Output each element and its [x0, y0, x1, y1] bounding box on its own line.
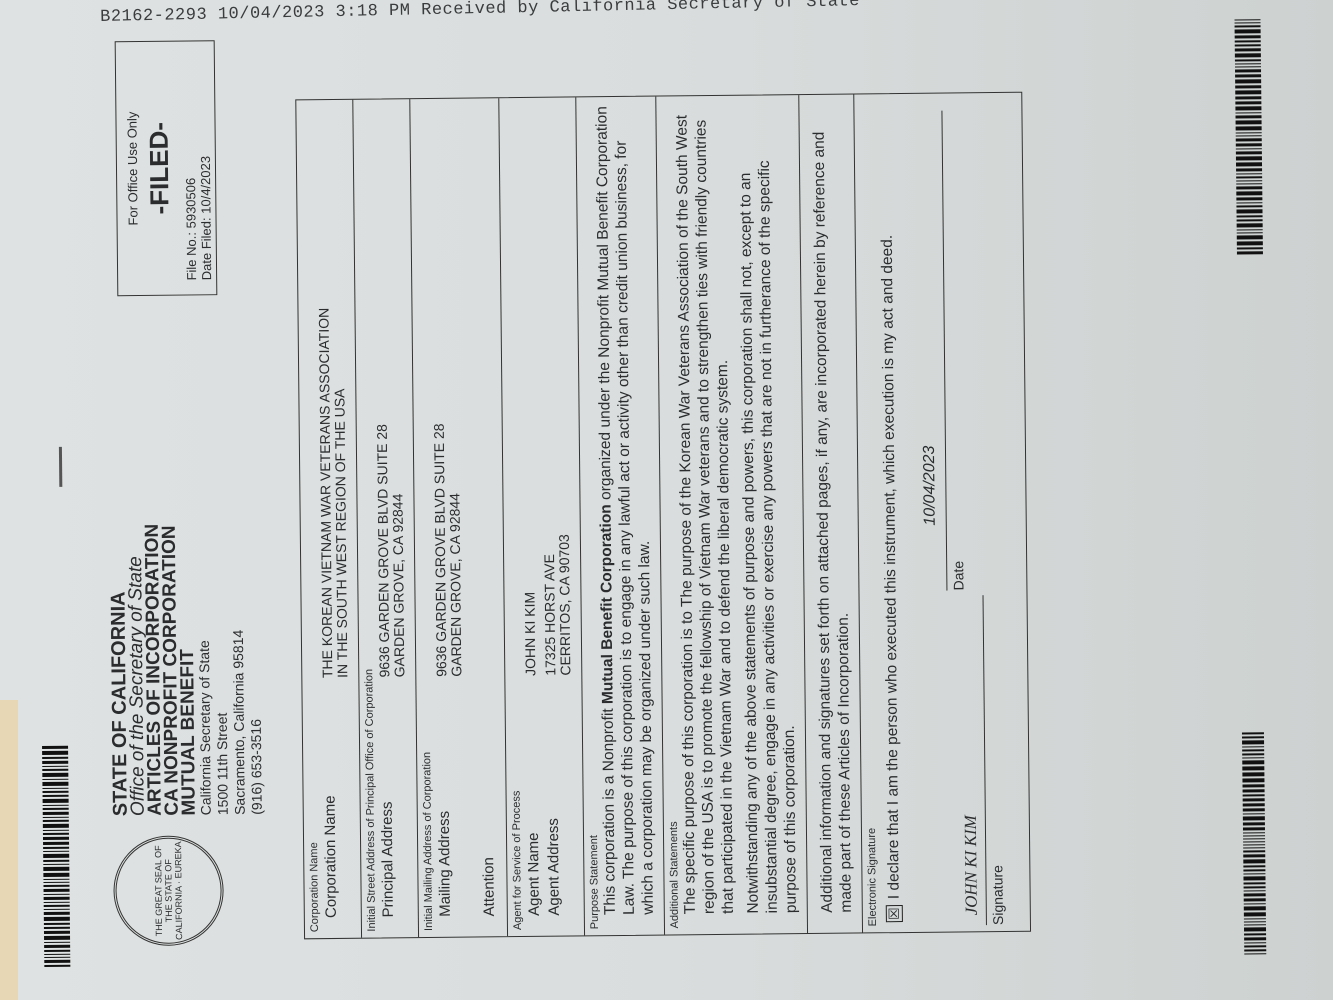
section-electronic-signature: Electronic Signature ☒I declare that I a… [854, 93, 1030, 933]
header-text: STATE OF CALIFORNIA Office of the Secret… [110, 523, 266, 817]
section-attached-pages: Additional information and signatures se… [799, 95, 863, 934]
office-use-box: For Office Use Only -FILED- File No.: 59… [115, 40, 218, 296]
date-label: Date [950, 561, 966, 591]
section-corporation-name: Corporation Name Corporation NameTHE KOR… [296, 100, 362, 939]
principal-address-value: 9636 GARDEN GROVE BLVD SUITE 28GARDEN GR… [375, 424, 408, 678]
staple-mark [59, 447, 62, 487]
signature-label: Signature [989, 865, 1006, 925]
filed-status: -FILED- [143, 56, 176, 281]
office-phone: (916) 653-3516 [246, 523, 266, 815]
barcode-bottom-left [1242, 730, 1266, 954]
purpose-statement: This corporation is a Nonprofit Mutual B… [592, 103, 658, 930]
section-additional-statements: Additional Statements The specific purpo… [656, 95, 808, 934]
signer-name: JOHN KI KIM [961, 815, 982, 915]
barcode-top [42, 744, 70, 967]
declaration-checkbox[interactable]: ☒ [886, 905, 903, 922]
articles-of-incorporation-page: THE GREAT SEAL OF THE STATE OF CALIFORNI… [0, 0, 1333, 1000]
date-line [941, 111, 947, 591]
corporation-name-value: THE KOREAN VIETNAM WAR VETERANS ASSOCIAT… [316, 308, 350, 679]
signature-area: JOHN KI KIM Signature 10/04/2023 Date [895, 99, 1024, 926]
section-principal-address: Initial Street Address of Principal Offi… [353, 99, 419, 938]
mailing-address-value: 9636 GARDEN GROVE BLVD SUITE 28GARDEN GR… [432, 423, 465, 677]
agent-address-value: 17325 HORST AVECERRITOS, CA 90703 [542, 534, 573, 676]
additional-statement-1: The specific purpose of this corporation… [672, 102, 738, 929]
agent-name-value: JOHN KI KIM [522, 592, 538, 676]
signature-line [983, 595, 987, 925]
date-filed: Date Filed: 10/4/2023 [197, 55, 214, 280]
section-agent: Agent for Service of Process Agent NameJ… [499, 97, 585, 936]
california-seal-icon: THE GREAT SEAL OF THE STATE OF CALIFORNI… [113, 835, 224, 946]
office-use-label: For Office Use Only [124, 56, 141, 281]
additional-statement-2: Notwithstanding any of the above stateme… [735, 101, 801, 928]
document-header: THE GREAT SEAL OF THE STATE OF CALIFORNI… [105, 26, 115, 946]
section-mailing-address: Initial Mailing Address of Corporation M… [410, 98, 508, 937]
signature-date: 10/04/2023 [921, 446, 940, 526]
barcode-bottom-right [1234, 17, 1262, 254]
attached-pages-statement: Additional information and signatures se… [803, 101, 856, 927]
articles-form: Corporation Name Corporation NameTHE KOR… [295, 92, 1031, 940]
section-purpose: Purpose Statement This corporation is a … [576, 97, 665, 936]
